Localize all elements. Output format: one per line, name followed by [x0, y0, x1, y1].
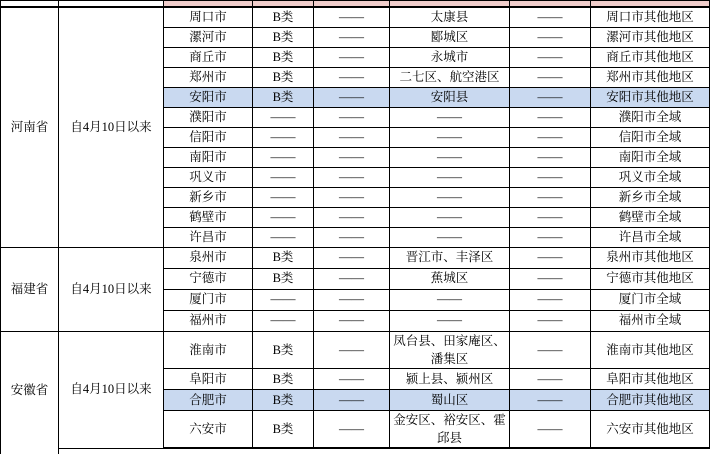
city-cell: 阜阳市: [164, 368, 253, 389]
dash-cell: ——: [510, 227, 591, 247]
category-cell: ——: [253, 187, 314, 207]
city-cell: 南阳市: [164, 147, 253, 167]
dash-cell: ——: [510, 410, 591, 448]
dash-cell: ——: [314, 268, 390, 289]
dash-cell: ——: [510, 7, 591, 27]
category-cell: B类: [253, 87, 314, 107]
district-cell: ——: [390, 227, 510, 247]
dash-cell: ——: [510, 247, 591, 268]
category-cell: B类: [253, 268, 314, 289]
category-cell: B类: [253, 331, 314, 368]
dash-cell: ——: [510, 67, 591, 87]
category-cell: ——: [253, 310, 314, 331]
dash-cell: ——: [314, 227, 390, 247]
district-cell: ——: [390, 207, 510, 227]
dash-cell: ——: [314, 67, 390, 87]
category-cell: B类: [253, 389, 314, 410]
province-cell: 河南省: [1, 7, 59, 247]
region-cell: 六安市其他地区: [591, 410, 710, 448]
city-cell: 鹤壁市: [164, 207, 253, 227]
dash-cell: ——: [314, 247, 390, 268]
district-cell: ——: [390, 310, 510, 331]
dash-cell: ——: [314, 368, 390, 389]
city-row: 福建省自4月10日以来泉州市B类——晋江市、丰泽区——泉州市其他地区: [1, 247, 710, 268]
dash-cell: ——: [314, 187, 390, 207]
region-cell: 厦门市全域: [591, 289, 710, 310]
city-cell: 郑州市: [164, 67, 253, 87]
district-cell: 郾城区: [390, 27, 510, 47]
city-cell: 淮南市: [164, 331, 253, 368]
district-cell: ——: [390, 187, 510, 207]
category-cell: ——: [253, 147, 314, 167]
category-cell: B类: [253, 410, 314, 448]
city-cell: 巩义市: [164, 167, 253, 187]
dash-cell: ——: [510, 47, 591, 67]
category-cell: ——: [253, 127, 314, 147]
district-cell: 安阳县: [390, 87, 510, 107]
city-cell: 新乡市: [164, 187, 253, 207]
category-cell: ——: [253, 207, 314, 227]
region-cell: 巩义市全域: [591, 167, 710, 187]
dash-cell: ——: [314, 389, 390, 410]
date-range-cell: 自4月10日以来: [59, 7, 164, 247]
dash-cell: ——: [510, 127, 591, 147]
dash-cell: ——: [314, 289, 390, 310]
city-cell: 宁德市: [164, 268, 253, 289]
district-cell: 晋江市、丰泽区: [390, 247, 510, 268]
city-cell: 安阳市: [164, 87, 253, 107]
city-cell: 商丘市: [164, 47, 253, 67]
city-row: 河南省自4月10日以来周口市B类——太康县——周口市其他地区: [1, 7, 710, 27]
dash-cell: ——: [510, 107, 591, 127]
dash-cell: ——: [314, 7, 390, 27]
region-cell: 商丘市其他地区: [591, 47, 710, 67]
region-cell: 宁德市其他地区: [591, 268, 710, 289]
region-cell: 漯河市其他地区: [591, 27, 710, 47]
region-cell: 阜阳市其他地区: [591, 368, 710, 389]
dash-cell: ——: [510, 27, 591, 47]
dash-cell: ——: [510, 187, 591, 207]
dash-cell: ——: [510, 331, 591, 368]
province-cell: 福建省: [1, 247, 59, 331]
dash-cell: ——: [510, 167, 591, 187]
empty-area: [59, 448, 710, 454]
region-cell: 许昌市全域: [591, 227, 710, 247]
dash-cell: ——: [510, 389, 591, 410]
dash-cell: ——: [314, 107, 390, 127]
district-cell: 蜀山区: [390, 389, 510, 410]
dash-cell: ——: [510, 207, 591, 227]
category-cell: ——: [253, 227, 314, 247]
category-cell: ——: [253, 107, 314, 127]
category-cell: B类: [253, 27, 314, 47]
region-cell: 郑州市其他地区: [591, 67, 710, 87]
dash-cell: ——: [314, 331, 390, 368]
district-cell: 永城市: [390, 47, 510, 67]
category-cell: B类: [253, 67, 314, 87]
region-cell: 信阳市全域: [591, 127, 710, 147]
district-cell: 凤台县、田家庵区、潘集区: [390, 331, 510, 368]
district-cell: ——: [390, 127, 510, 147]
category-cell: ——: [253, 167, 314, 187]
district-cell: 颍上县、颍州区: [390, 368, 510, 389]
district-cell: 二七区、航空港区: [390, 67, 510, 87]
city-cell: 泉州市: [164, 247, 253, 268]
dash-cell: ——: [314, 410, 390, 448]
district-cell: 蕉城区: [390, 268, 510, 289]
province-cell: 安徽省: [1, 331, 59, 448]
city-cell: 周口市: [164, 7, 253, 27]
dash-cell: ——: [314, 147, 390, 167]
category-cell: B类: [253, 368, 314, 389]
city-cell: 合肥市: [164, 389, 253, 410]
dash-cell: ——: [510, 147, 591, 167]
city-cell: 许昌市: [164, 227, 253, 247]
cutoff-row-bottom: [1, 448, 710, 454]
district-cell: ——: [390, 289, 510, 310]
district-cell: 金安区、裕安区、霍邱县: [390, 410, 510, 448]
city-cell: 六安市: [164, 410, 253, 448]
category-cell: B类: [253, 247, 314, 268]
table-body: 河南省自4月10日以来周口市B类——太康县——周口市其他地区漯河市B类——郾城区…: [1, 1, 710, 455]
category-cell: B类: [253, 7, 314, 27]
risk-area-table: 河南省自4月10日以来周口市B类——太康县——周口市其他地区漯河市B类——郾城区…: [0, 0, 710, 454]
dash-cell: ——: [314, 207, 390, 227]
dash-cell: ——: [510, 268, 591, 289]
city-row: 安徽省自4月10日以来淮南市B类——凤台县、田家庵区、潘集区——淮南市其他地区: [1, 331, 710, 368]
city-cell: 福州市: [164, 310, 253, 331]
dash-cell: ——: [314, 167, 390, 187]
city-cell: 漯河市: [164, 27, 253, 47]
region-cell: 濮阳市全域: [591, 107, 710, 127]
dash-cell: ——: [314, 310, 390, 331]
category-cell: ——: [253, 289, 314, 310]
dash-cell: ——: [314, 27, 390, 47]
province-cell-fragment: [1, 448, 59, 454]
city-cell: 信阳市: [164, 127, 253, 147]
region-cell: 淮南市其他地区: [591, 331, 710, 368]
date-range-cell: 自4月10日以来: [59, 247, 164, 331]
category-cell: B类: [253, 47, 314, 67]
dash-cell: ——: [510, 368, 591, 389]
dash-cell: ——: [510, 310, 591, 331]
region-cell: 新乡市全域: [591, 187, 710, 207]
region-cell: 周口市其他地区: [591, 7, 710, 27]
region-cell: 南阳市全域: [591, 147, 710, 167]
district-cell: ——: [390, 107, 510, 127]
dash-cell: ——: [314, 47, 390, 67]
district-cell: 太康县: [390, 7, 510, 27]
dash-cell: ——: [510, 87, 591, 107]
dash-cell: ——: [314, 87, 390, 107]
dash-cell: ——: [314, 127, 390, 147]
dash-cell: ——: [510, 289, 591, 310]
date-range-cell: 自4月10日以来: [59, 331, 164, 448]
region-cell: 安阳市其他地区: [591, 87, 710, 107]
city-cell: 濮阳市: [164, 107, 253, 127]
city-cell: 厦门市: [164, 289, 253, 310]
region-cell: 合肥市其他地区: [591, 389, 710, 410]
region-cell: 泉州市其他地区: [591, 247, 710, 268]
district-cell: ——: [390, 167, 510, 187]
region-cell: 福州市全域: [591, 310, 710, 331]
district-cell: ——: [390, 147, 510, 167]
document-table-screenshot: 河南省自4月10日以来周口市B类——太康县——周口市其他地区漯河市B类——郾城区…: [0, 0, 714, 475]
region-cell: 鹤壁市全域: [591, 207, 710, 227]
